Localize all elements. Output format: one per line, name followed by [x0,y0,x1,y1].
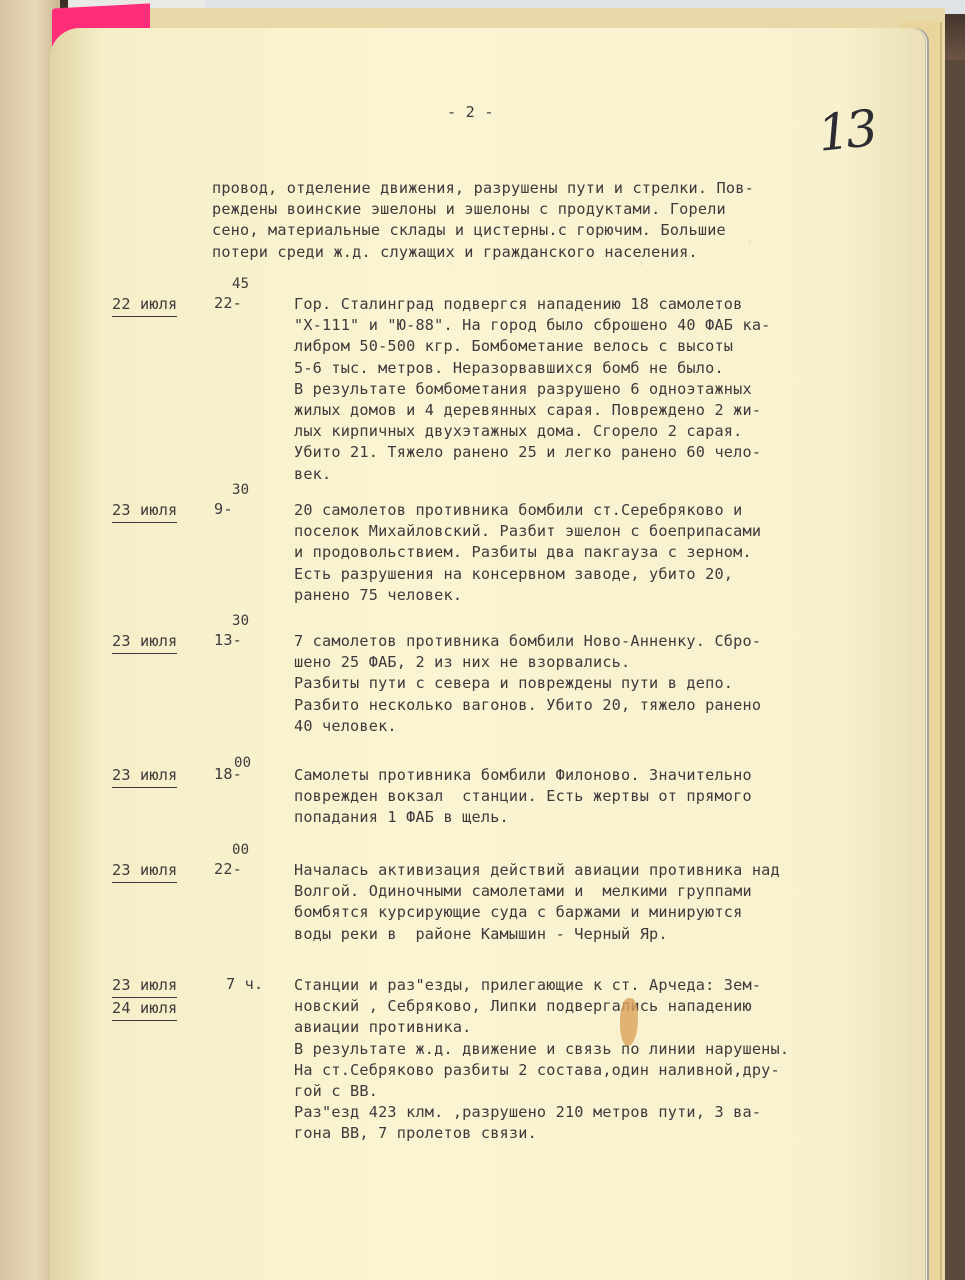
entry-date-line: 22 июля [112,294,177,317]
entry-date: 23 июля24 июля [112,975,177,1021]
intro-paragraph: провод, отделение движения, разрушены пу… [212,178,754,263]
entry-date: 22 июля [112,294,177,317]
entry-date-line: 23 июля [112,631,177,654]
entry-time-minutes: 30 [232,482,249,498]
entry-date: 23 июля [112,500,177,523]
entry-text: 7 самолетов противника бомбили Ново-Анне… [294,631,761,737]
entry-date: 23 июля [112,765,177,788]
entry-time: 22- [214,860,242,878]
entry-time: 22- [214,294,242,312]
entry-date-line: 24 июля [112,998,177,1021]
page-number: - 2 - [447,103,494,121]
entry-time-minutes: 00 [232,842,249,858]
entry-date: 23 июля [112,631,177,654]
entry-date-line: 23 июля [112,765,177,788]
entry-time-minutes: 45 [232,276,249,292]
entry-text: Станции и раз"езды, прилегающие к ст. Ар… [294,975,789,1145]
entry-time-minutes: 30 [232,613,249,629]
entry-date: 23 июля [112,860,177,883]
entry-time: 13- [214,631,242,649]
entry-text: Самолеты противника бомбили Филоново. Зн… [294,765,752,829]
handwritten-folio-number: 13 [815,99,876,162]
entry-date-line: 23 июля [112,860,177,883]
entry-time-minutes: 00 [234,755,251,771]
entry-text: 20 самолетов противника бомбили ст.Сереб… [294,500,761,606]
entry-time: 9- [214,500,233,518]
entry-text: Гор. Сталинград подвергся нападению 18 с… [294,294,771,485]
entry-date-line: 23 июля [112,975,177,998]
entry-time: 7 ч. [226,975,263,993]
entry-text: Началась активизация действий авиации пр… [294,860,780,945]
entry-date-line: 23 июля [112,500,177,523]
